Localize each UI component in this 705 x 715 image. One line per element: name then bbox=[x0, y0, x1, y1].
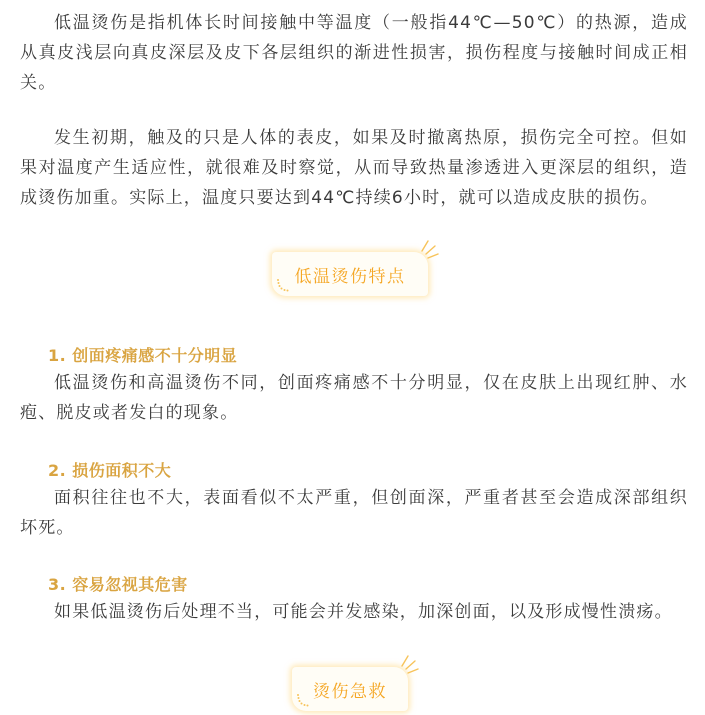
sparkle-rays-icon bbox=[418, 238, 440, 260]
intro-paragraph-2: 发生初期，触及的只是人体的表皮，如果及时撤离热原，损伤完全可控。但如果对温度产生… bbox=[20, 123, 688, 213]
section-body-2: 面积往往也不大，表面看似不太严重，但创面深，严重者甚至会造成深部组织坏死。 bbox=[20, 483, 688, 543]
section-title-1: 1. 创面疼痛感不十分明显 bbox=[48, 343, 237, 366]
section-body-1: 低温烫伤和高温烫伤不同，创面疼痛感不十分明显，仅在皮肤上出现红肿、水疱、脱皮或者… bbox=[20, 368, 688, 428]
section-badge-first-aid: 烫伤急救 bbox=[292, 667, 408, 711]
dots-decoration-icon bbox=[296, 693, 310, 707]
section-badge-features: 低温烫伤特点 bbox=[272, 252, 428, 296]
section-title-2: 2. 损伤面积不大 bbox=[48, 458, 171, 481]
badge-label: 低温烫伤特点 bbox=[295, 262, 406, 287]
dots-decoration-icon bbox=[276, 278, 290, 292]
badge-label: 烫伤急救 bbox=[313, 677, 387, 702]
intro-paragraph-1: 低温烫伤是指机体长时间接触中等温度（一般指44℃—50℃）的热源，造成从真皮浅层… bbox=[20, 8, 688, 98]
sparkle-rays-icon bbox=[398, 653, 420, 675]
section-title-3: 3. 容易忽视其危害 bbox=[48, 572, 188, 595]
section-body-3: 如果低温烫伤后处理不当，可能会并发感染，加深创面，以及形成慢性溃疡。 bbox=[20, 597, 688, 627]
